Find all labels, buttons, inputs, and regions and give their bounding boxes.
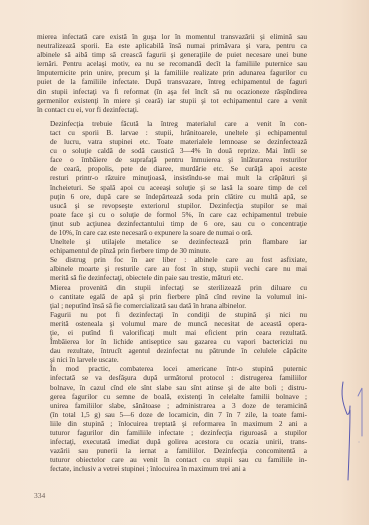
text-line: de ceară, propolis, pete de diaree, murd… [37, 164, 307, 173]
text-line: o cantitate egală de apă şi prin fierber… [37, 292, 307, 301]
text-line: tact cu sporii B. larvae : stupii, hrăni… [37, 128, 307, 137]
text-line: iernări. Pentru acelaşi motiv, ea nu se … [37, 59, 307, 68]
text-line: împuternicite prin unire, precum şi la f… [37, 68, 307, 77]
text-line: gerea fagurilor cu semne de boală, exist… [37, 392, 307, 401]
text-line: de 10%, în care caz este necesară o expu… [37, 228, 307, 237]
text-line: unirea familiilor slabe, sănătoase ; adm… [37, 401, 307, 410]
text-line: tuturor obiectelor care au venit în cont… [37, 455, 307, 464]
text-line: vazării sau punerii la iernat a familiil… [37, 446, 307, 455]
text-line: Mierea provenită din stupii infectaţi se… [37, 283, 307, 292]
text-line: cu o soluţie caldă de sodă caustică 3—4%… [37, 146, 307, 155]
text-line: puţin 6 ore, după care se îndepărtează s… [37, 192, 307, 201]
text-line: puiet de la familiile infectate. După tr… [37, 77, 307, 86]
text-line: fectate, inclusiv a vetrei stupinei ; în… [37, 464, 307, 473]
text-line: în contact cu ei, vor fi dezinfectaţi. [37, 105, 307, 114]
text-line: albinele să aibă timp să crească fagurii… [37, 50, 307, 59]
book-page: mierea infectată care există în guşa lor… [0, 0, 369, 525]
text-line: infectată se va desfăşura după următorul… [37, 373, 307, 382]
paragraph: Dezinfecţia trebuie făcută la întreg mat… [37, 119, 307, 237]
paragraph: Mierea provenită din stupii infectaţi se… [37, 283, 307, 310]
text-line: încheieturi. Se spală apoi cu aceeaşi so… [37, 183, 307, 192]
text-line: ţinut sub acţiunea dezinfectantului timp… [37, 219, 307, 228]
text-line: Îmbăierea lor în lichide antiseptice sau… [37, 337, 307, 346]
text-line: usucă şi se revopseşte exteriorul stupil… [37, 201, 307, 210]
text-line: ţie, ei putînd fi valorificaţi mult mai … [37, 328, 307, 337]
text-line: Uneltele şi utilajele metalice se dezinf… [37, 237, 307, 246]
paragraph: mierea infectată care există în guşa lor… [37, 32, 307, 114]
text-line: face o îmbăiere de suprafaţă pentru înmu… [37, 155, 307, 164]
text-line: poate face şi cu o soluţie de formol 5%,… [37, 210, 307, 219]
text-line: ţial ; neputînd însă să fie comercializa… [37, 301, 307, 310]
text-line: Fagurii nu pot fi dezinfectaţi în condiţ… [37, 310, 307, 319]
text-line: echipamentul de pînză prin fierbere timp… [37, 246, 307, 255]
text-line: mierea infectată care există în guşa lor… [37, 32, 307, 41]
text-line: merită osteneala şi volumul mare de munc… [37, 319, 307, 328]
text-line: resturi printr-o răzuire minuţioasă, ins… [37, 173, 307, 182]
text-line: Se distrug prin foc în aer liber : albin… [37, 255, 307, 264]
text-line: infectaţi, executată imediat după golire… [37, 437, 307, 446]
text-line: germenilor existenţi în miere şi ceară) … [37, 96, 307, 105]
text-line: În mod practic, combaterea locei america… [37, 364, 307, 373]
text-line: din stupii infectaţi va fi reformat (în … [37, 87, 307, 96]
text-line: Dezinfecţia trebuie făcută la întreg mat… [37, 119, 307, 128]
text-line: albinele moarte şi resturile care au fos… [37, 264, 307, 273]
text-line: merită să fie dezinfectaţi, obiectele di… [37, 273, 307, 282]
text-line: liile din stupină ; înlocuirea treptată … [37, 419, 307, 428]
paragraph: Fagurii nu pot fi dezinfectaţi în condiţ… [37, 310, 307, 365]
text-line: bolnave, în cazul cînd ele sînt slabe sa… [37, 383, 307, 392]
handwritten-margin-mark-icon [340, 380, 366, 490]
paragraph: În mod practic, combaterea locei america… [37, 364, 307, 473]
text-line: dau rezultate, întrucît agentul dezinfec… [37, 346, 307, 355]
text-line: de lucru, vatra stupinei etc. Toate mate… [37, 137, 307, 146]
body-text: mierea infectată care există în guşa lor… [37, 32, 307, 474]
page-number: 334 [34, 491, 45, 500]
text-line: şi nici în larvele uscate. [37, 355, 307, 364]
paragraph: Se distrug prin foc în aer liber : albin… [37, 255, 307, 282]
text-line: neutralizează sporii. Ea este aplicabilă… [37, 41, 307, 50]
text-line: (în total 1,5 g) sau 5—6 doze de locamic… [37, 410, 307, 419]
paragraph: Uneltele şi utilajele metalice se dezinf… [37, 237, 307, 255]
text-line: tuturor fagurilor din familiile infectat… [37, 428, 307, 437]
